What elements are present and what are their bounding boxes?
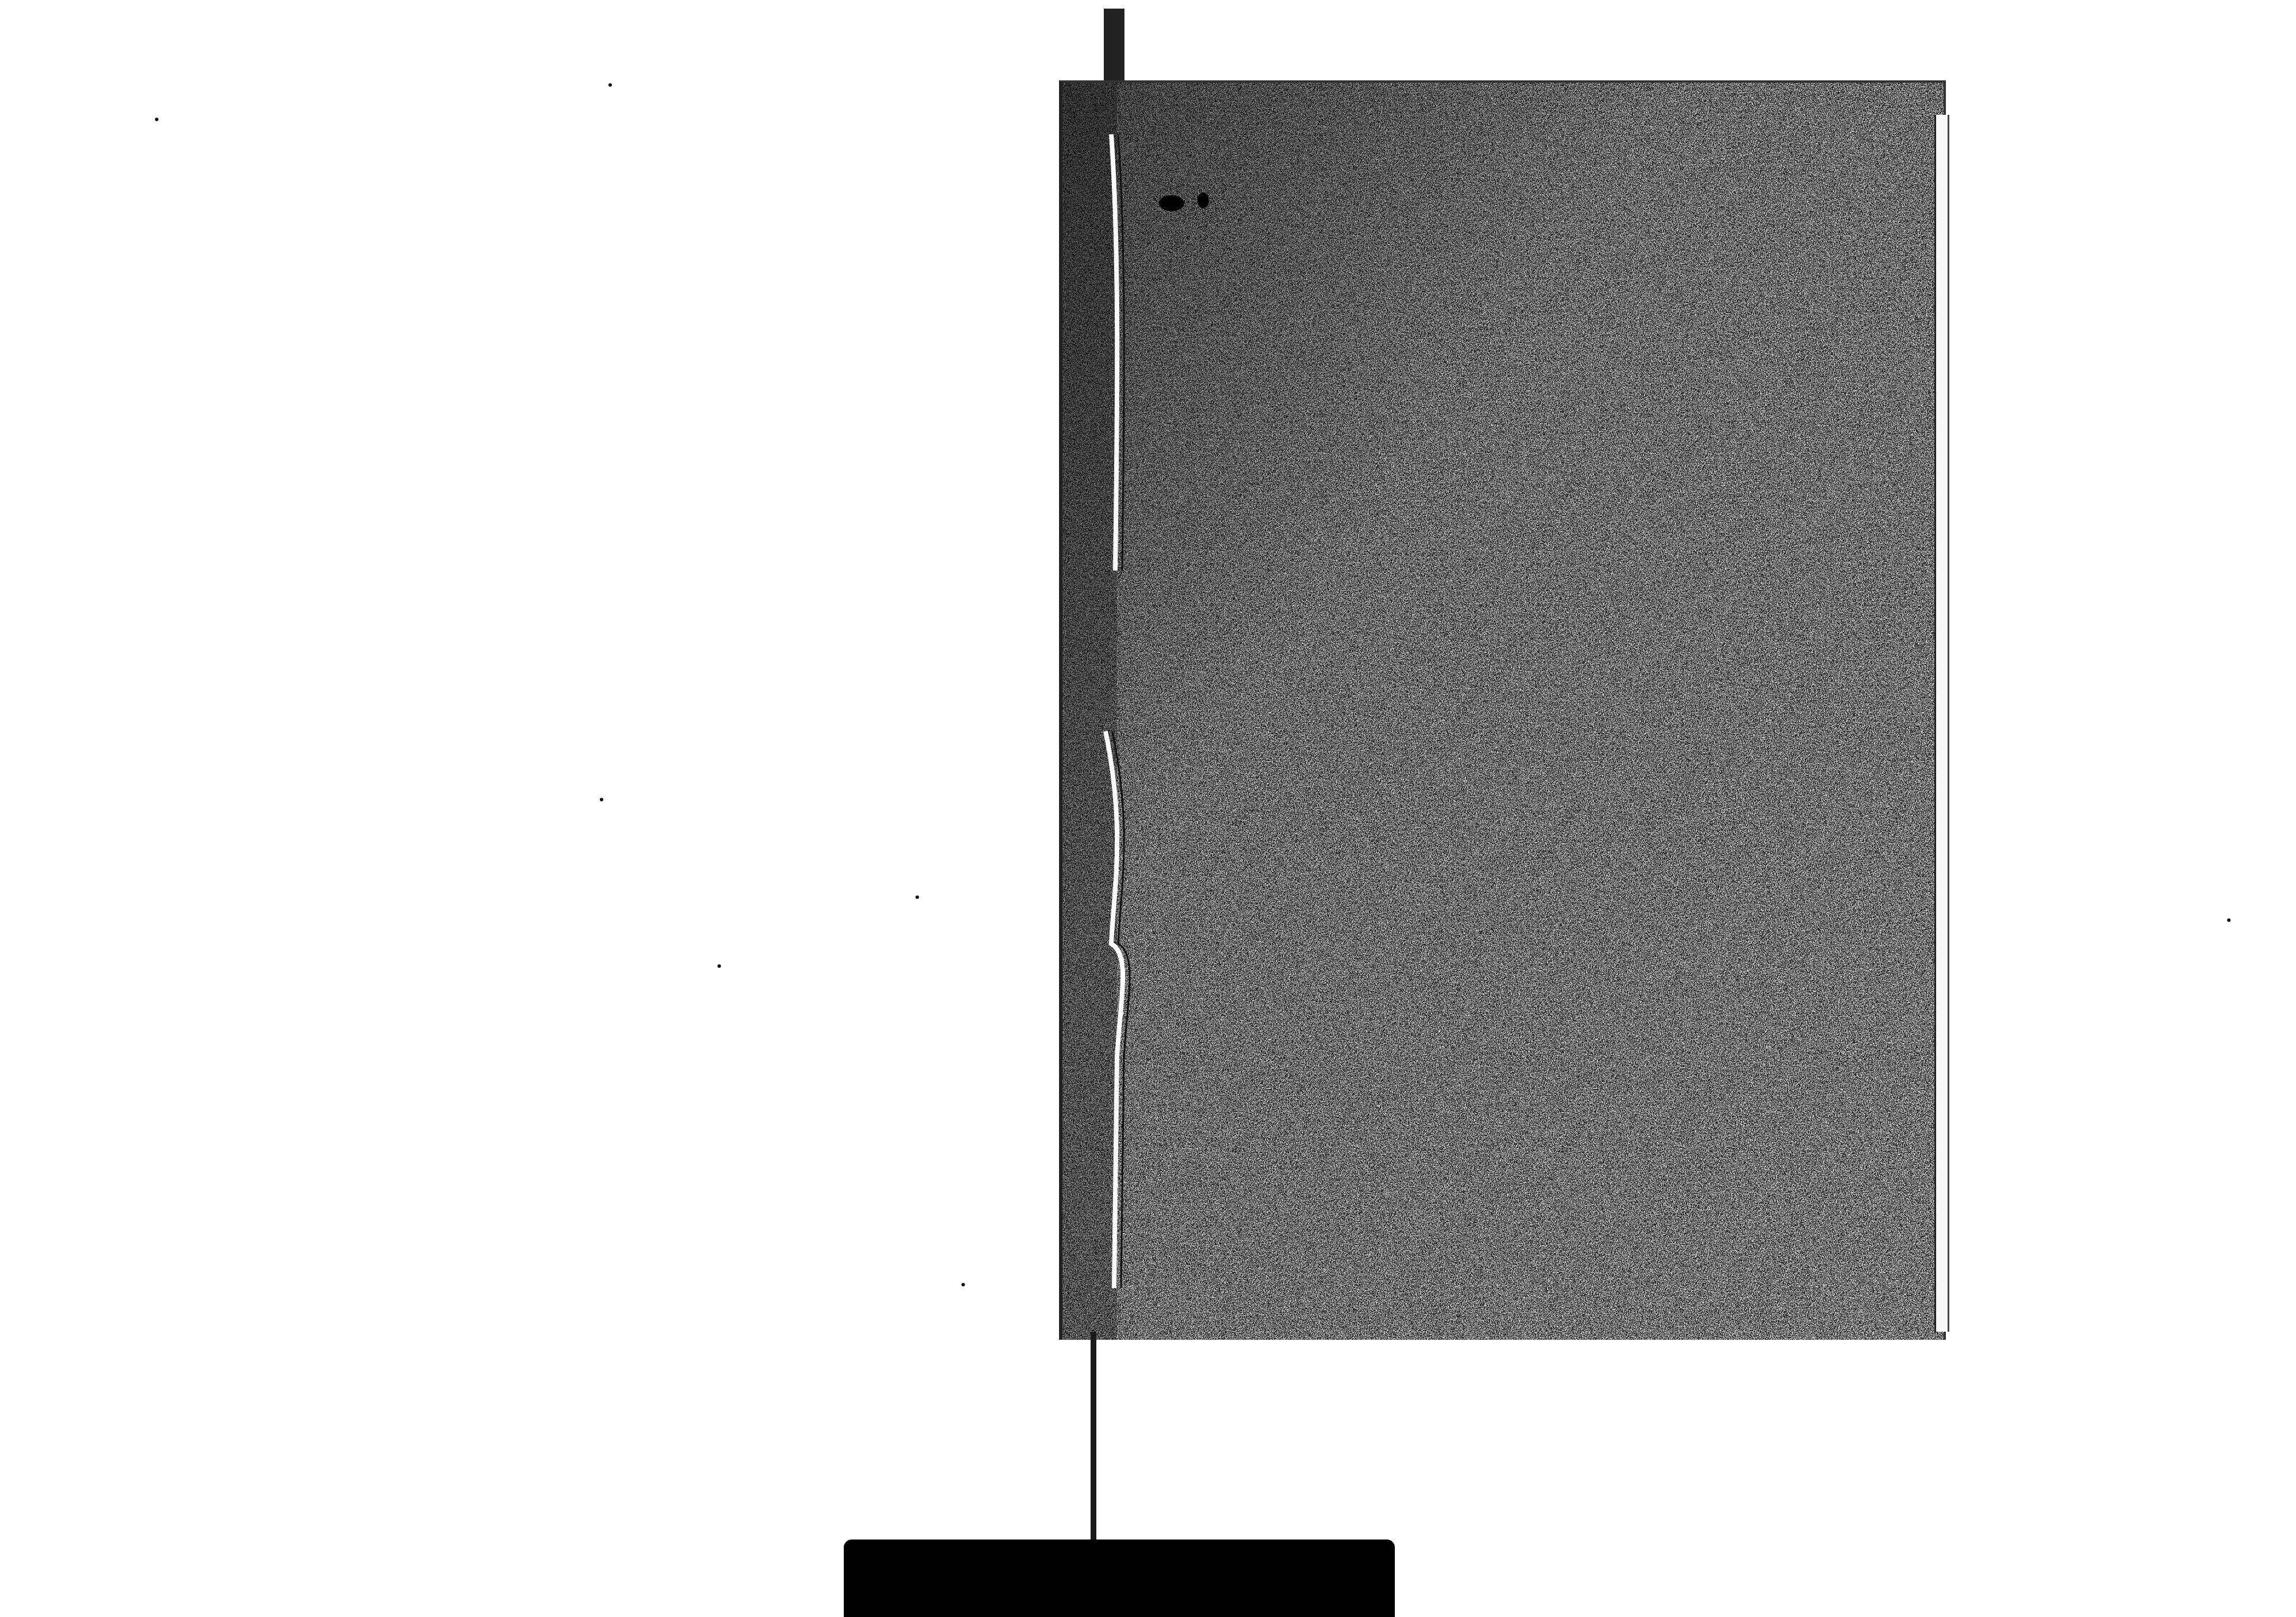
dust-speck — [961, 1283, 965, 1286]
dust-speck — [717, 964, 721, 968]
dust-speck — [916, 895, 919, 899]
dust-speck — [600, 798, 603, 801]
binding-cord-top — [1104, 9, 1124, 83]
scan-page: Stitched-binding book cover scan, high-c… — [0, 0, 2296, 1617]
cover-texture — [1062, 83, 1944, 1340]
binding-cord-bottom — [1091, 1332, 1096, 1550]
page-block-edge — [1934, 115, 1949, 1332]
identifier-label — [844, 1540, 1395, 1617]
dust-speck — [608, 83, 612, 87]
book-cover — [1059, 80, 1946, 1340]
dust-speck — [155, 118, 158, 121]
dust-speck — [2227, 918, 2231, 922]
